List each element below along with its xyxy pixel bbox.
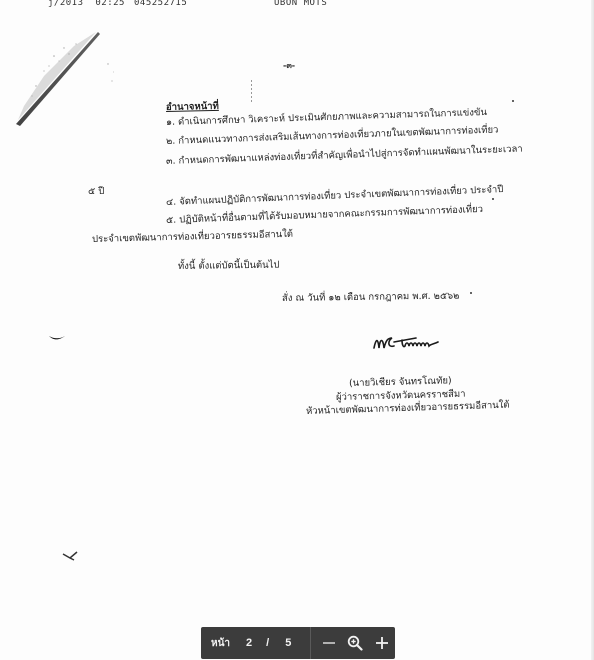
minus-icon <box>322 636 336 650</box>
page-label: หน้า <box>211 636 230 651</box>
zoom-fit-button[interactable] <box>342 627 369 659</box>
magnifier-plus-icon <box>347 635 363 651</box>
zoom-in-button[interactable] <box>368 627 395 659</box>
scan-line-artifact <box>251 80 252 102</box>
page-separator: / <box>266 637 269 649</box>
zoom-out-button[interactable] <box>315 627 342 659</box>
side-note: ๕ ปี <box>88 184 104 199</box>
punch-hole-artifact <box>48 334 66 342</box>
document-page: j/2013 02:25 045252715 UBON MOTS PAGE 04… <box>0 0 594 660</box>
page-marker: -๓- <box>283 59 295 72</box>
fax-sender: UBON MOTS <box>274 0 327 8</box>
current-page-input[interactable]: 2 <box>246 637 252 649</box>
speck <box>512 100 514 102</box>
fax-page: PAGE 04 <box>450 0 491 3</box>
toolbar-divider <box>310 627 311 659</box>
scan-streak-artifact <box>14 26 114 126</box>
fax-datetime: j/2013 02:25 <box>48 0 125 8</box>
total-pages: 5 <box>285 637 291 649</box>
pdf-viewer-toolbar: หน้า 2 / 5 <box>201 627 395 659</box>
plus-icon <box>375 636 389 650</box>
effective-clause: ทั้งนี้ ตั้งแต่บัดนี้เป็นต้นไป <box>178 258 280 274</box>
speck <box>492 198 494 200</box>
scan-mark-artifact <box>62 551 78 561</box>
signature <box>372 330 442 354</box>
speck <box>470 292 472 294</box>
fax-number: 045252715 <box>134 0 187 8</box>
continuation-line: ประจำเขตพัฒนาการท่องเที่ยวอารยธรรมอีสานใ… <box>92 227 293 247</box>
order-date: สั่ง ณ วันที่ ๑๒ เดือน กรกฎาคม พ.ศ. ๒๕๖๒ <box>282 289 460 306</box>
page-indicator: หน้า 2 / 5 <box>201 627 310 659</box>
fax-header: j/2013 02:25 045252715 UBON MOTS PAGE 04 <box>0 0 594 12</box>
